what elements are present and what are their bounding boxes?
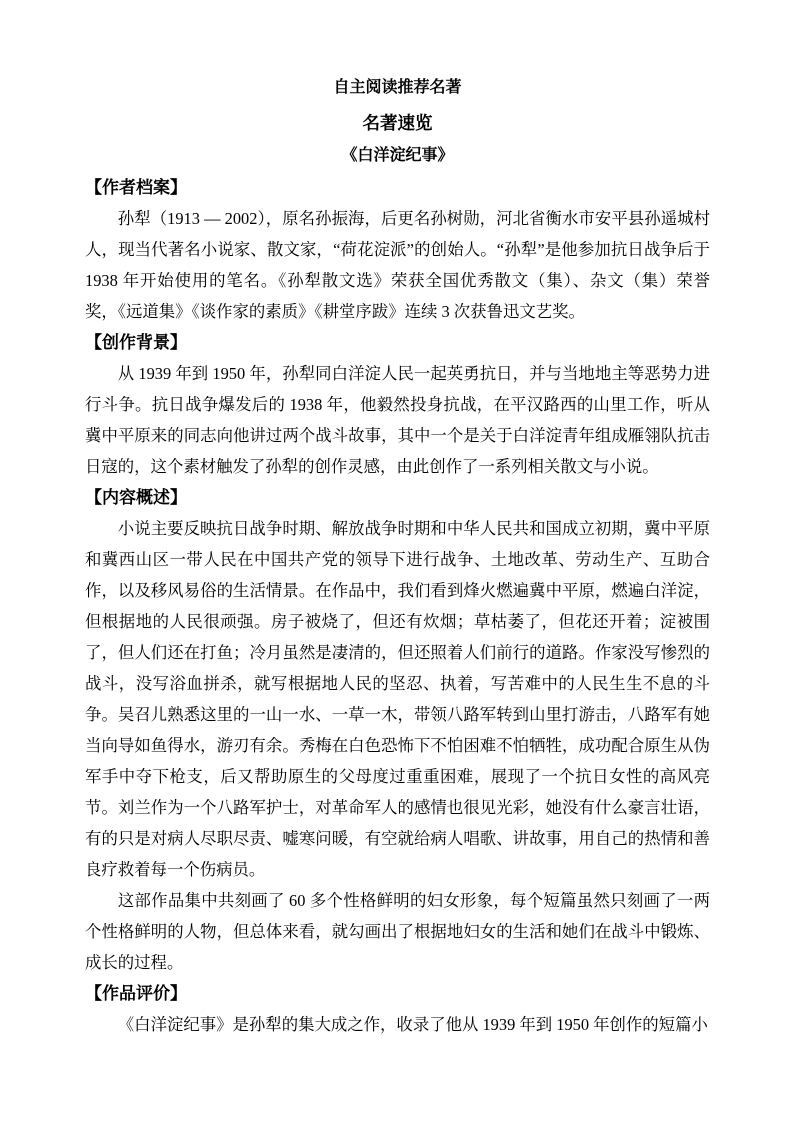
document-subtitle: 名著速览 bbox=[85, 112, 710, 134]
body-paragraph: 小说主要反映抗日战争时期、解放战争时期和中华人民共和国成立初期，冀中平原和冀西山… bbox=[85, 513, 710, 885]
body-paragraph: 从 1939 年到 1950 年，孙犁同白洋淀人民一起英勇抗日，并与当地地主等恶… bbox=[85, 358, 710, 482]
body-paragraph: 《白洋淀纪事》是孙犁的集大成之作，收录了他从 1939 年到 1950 年创作的… bbox=[85, 1009, 710, 1040]
section-creation-background: 【创作背景】 从 1939 年到 1950 年，孙犁同白洋淀人民一起英勇抗日，并… bbox=[85, 327, 710, 482]
document-page: 自主阅读推荐名著 名著速览 《白洋淀纪事》 【作者档案】 孙犁（1913 — 2… bbox=[0, 0, 793, 1122]
section-work-review: 【作品评价】 《白洋淀纪事》是孙犁的集大成之作，收录了他从 1939 年到 19… bbox=[85, 978, 710, 1040]
body-paragraph: 孙犁（1913 — 2002），原名孙振海，后更名孙树勋，河北省衡水市安平县孙遥… bbox=[85, 203, 710, 327]
section-heading: 【内容概述】 bbox=[85, 482, 710, 513]
section-heading: 【作品评价】 bbox=[85, 978, 710, 1009]
section-heading: 【创作背景】 bbox=[85, 327, 710, 358]
book-title: 《白洋淀纪事》 bbox=[85, 146, 710, 166]
section-author-profile: 【作者档案】 孙犁（1913 — 2002），原名孙振海，后更名孙树勋，河北省衡… bbox=[85, 172, 710, 327]
body-paragraph: 这部作品集中共刻画了 60 多个性格鲜明的妇女形象，每个短篇虽然只刻画了一两个性… bbox=[85, 885, 710, 978]
section-heading: 【作者档案】 bbox=[85, 172, 710, 203]
section-content-summary: 【内容概述】 小说主要反映抗日战争时期、解放战争时期和中华人民共和国成立初期，冀… bbox=[85, 482, 710, 978]
document-title: 自主阅读推荐名著 bbox=[85, 78, 710, 98]
